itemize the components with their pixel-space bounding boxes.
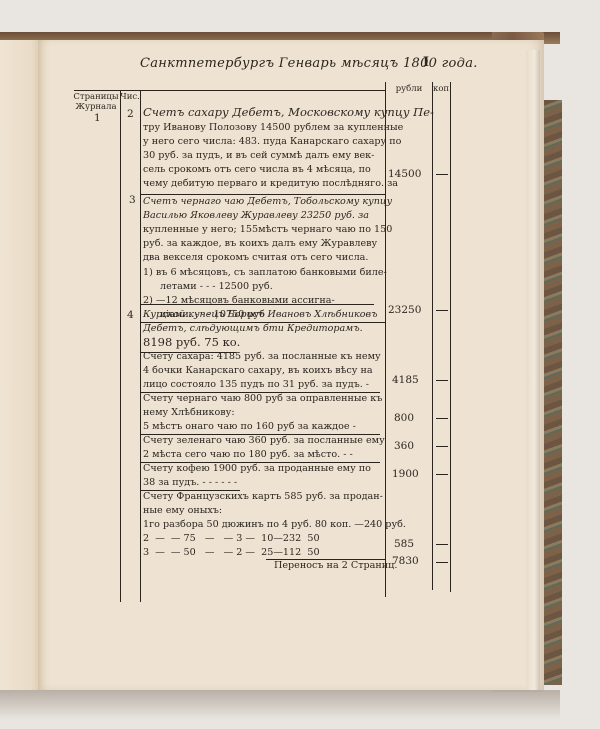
marbled-cover-edge [542,100,562,685]
entry-line: 3 — — 50 — — 2 — 25—112 50 [143,546,320,559]
kopecks-dash [436,310,448,311]
col-divider-journal [120,90,121,602]
entry-line: тру Иванову Полозову 14500 рублем за куп… [143,121,403,134]
entry-line: Счету сахара: 4185 руб. за посланные къ … [143,350,381,363]
rubles-amount: 360 [394,440,414,452]
column-header-number: Чис. [120,92,140,102]
entry-line: 5 мѣстъ онаго чаю по 160 руб за каждое - [143,420,356,433]
carry-forward-rubles: 7830 [392,555,419,567]
entry-line: Счету чернаго чаю 800 руб за оправленные… [143,392,382,405]
entry-line: 30 руб. за пудъ, и въ сей суммѣ далъ ему… [143,149,374,162]
kopecks-dash [436,418,448,419]
kopecks-dash [436,474,448,475]
entry-number: 4 [127,309,134,321]
entry-line: ные ему оныхъ: [143,504,222,517]
entry-line: 4 бочки Канарскаго сахару, въ коихъ вѣсу… [143,364,373,377]
rubles-amount: 1900 [392,468,419,480]
ledger-table: Страницы Журнала Чис. рубли коп. 1 2 Сче… [74,82,514,602]
journal-page-ref: 1 [94,112,101,124]
kopecks-dash [436,446,448,447]
col-divider-number [140,90,141,602]
kopecks-dash [436,562,448,563]
entry-line: 38 за пудъ. - - - - - - [143,476,237,489]
entry-line: нему Хлѣбникову: [143,406,235,419]
entry-line: Дебетъ, слѣдующимъ бти Кредиторамъ. [143,322,363,335]
entry-line: купленные у него; 155мѣстъ чернаго чаю п… [143,223,392,236]
entry-line: лицо состояло 135 пудъ по 31 руб. за пуд… [143,378,369,391]
entry-number: 2 [127,108,134,120]
entry-line: Счету Французскихъ картъ 585 руб. за про… [143,490,383,503]
kopecks-dash [436,380,448,381]
entry-line: 2) —12 мѣсяцовъ банковыми ассигна- [143,294,335,307]
entry-line: летами - - - 12500 руб. [160,280,273,293]
entry-line: 1) въ 6 мѣсяцовъ, съ заплатою банковыми … [143,266,387,279]
entry-line: два векселя срокомъ считая отъ сего числ… [143,251,368,264]
entry-line: Счетъ чернаго чаю Дебетъ, Тобольскому ку… [143,195,392,208]
entry-line: Счетъ сахару Дебетъ, Московскому купцу П… [143,106,434,119]
page-number: I [423,55,429,70]
rubles-amount: 14500 [388,168,421,180]
entry-number: 3 [129,194,136,206]
entry-line: Счету кофею 1900 руб. за проданные ему п… [143,462,371,475]
kopecks-dash [436,174,448,175]
col-divider-kopecks [450,82,451,592]
rubles-amount: 23250 [388,304,421,316]
entry-line: руб. за каждое, въ коихъ далъ ему Журавл… [143,237,377,250]
book-shadow [0,690,560,720]
rubles-amount: 800 [394,412,414,424]
entry-line: сель срокомъ отъ сего числа въ 4 мѣсяца,… [143,163,371,176]
entry-line: 2 — — 75 — — 3 — 10—232 50 [143,532,320,545]
column-header-journal-pages: Страницы Журнала [72,92,120,112]
entry-line: Счету зеленаго чаю 360 руб. за посланные… [143,434,385,447]
entry-line: у него сего числа: 483. пуда Канарскаго … [143,135,401,148]
kopecks-dash [436,544,448,545]
entry-line: Василью Яковлеву Журавлеву 23250 руб. за [143,209,369,222]
column-header-kopecks: коп. [433,84,450,94]
page-deckled-edge [526,50,540,690]
entry-line: чему дебитую перваго и кредитую послѣдня… [143,177,398,190]
rubles-amount: 585 [394,538,414,550]
col-divider-rubles [432,82,433,590]
entry-line: 8198 руб. 75 ко. [143,336,240,349]
sub-rule [140,304,374,305]
entry-line: Курской купецъ Борисъ Ивановъ Хлѣбниковъ [143,308,378,321]
column-header-rubles: рубли [386,84,432,94]
entry-line: 1го разбора 50 дюжинъ по 4 руб. 80 коп. … [143,518,406,531]
rubles-amount: 4185 [392,374,419,386]
carry-forward-label: Переносъ на 2 Страниц. [274,559,397,572]
entry-line: 2 мѣста сего чаю по 180 руб. за мѣсто. -… [143,448,353,461]
